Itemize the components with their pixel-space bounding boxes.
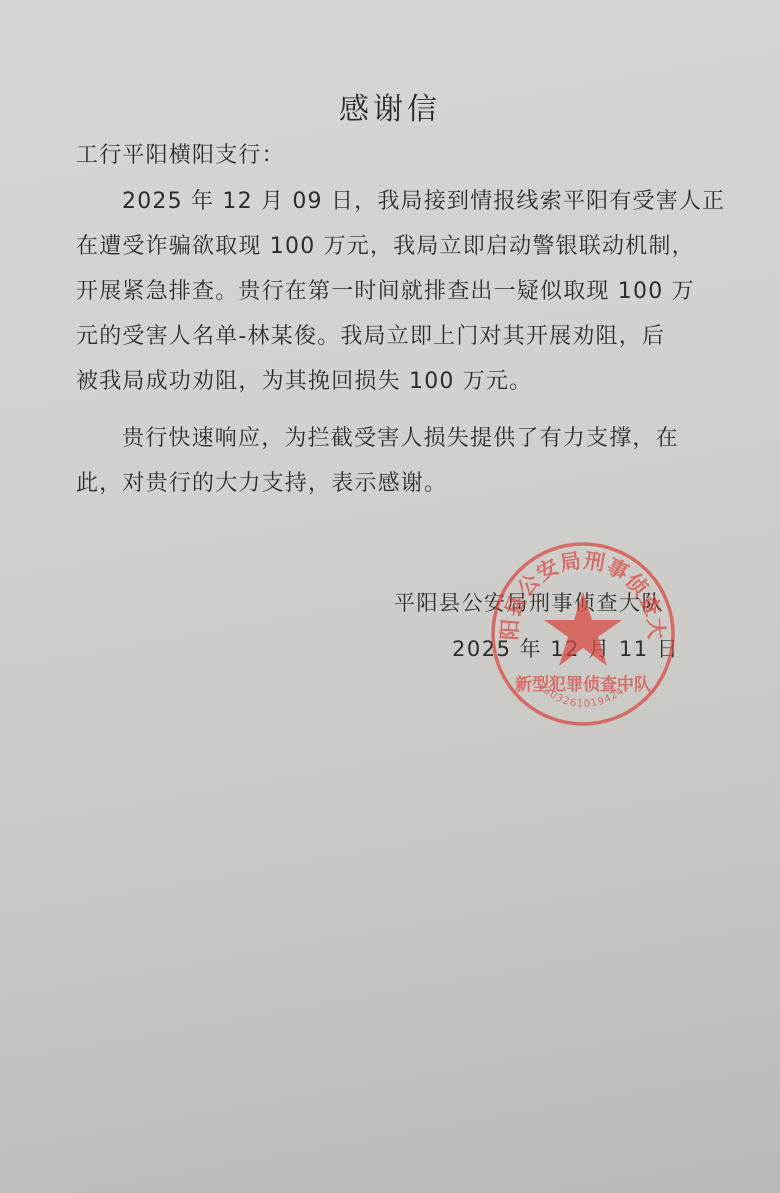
body-line: 开展紧急排查。贵行在第一时间就排查出一疑似取现 100 万	[76, 274, 695, 305]
letter-page: 感谢信 工行平阳横阳支行： 2025 年 12 月 09 日，我局接到情报线索平…	[0, 0, 780, 1193]
svg-text:33032610194242: 33032610194242	[536, 681, 632, 710]
seal-number: 33032610194242	[536, 681, 632, 710]
body-line: 被我局成功劝阻，为其挽回损失 100 万元。	[76, 364, 532, 395]
body-line: 元的受害人名单-林某俊。我局立即上门对其开展劝阻，后	[76, 319, 665, 350]
signature-date: 2025 年 12 月 11 日	[452, 633, 679, 663]
signature-organization: 平阳县公安局刑事侦查大队	[394, 587, 664, 617]
body-line: 在遭受诈骗欲取现 100 万元，我局立即启动警银联动机制，	[76, 229, 695, 260]
body-line: 此，对贵行的大力支持，表示感谢。	[76, 466, 447, 497]
salutation: 工行平阳横阳支行：	[76, 138, 285, 169]
body-line: 2025 年 12 月 09 日，我局接到情报线索平阳有受害人正	[122, 184, 725, 215]
letter-title: 感谢信	[0, 84, 780, 128]
body-line: 贵行快速响应，为拦截受害人损失提供了有力支撑，在	[122, 421, 679, 452]
seal-center-text: 新型犯罪侦查中队	[515, 674, 651, 695]
